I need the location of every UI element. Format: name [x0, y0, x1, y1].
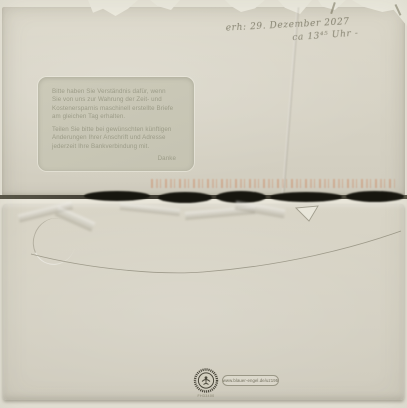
window-notice-line: Teilen Sie bitte bei gewünschten künftig…: [52, 126, 184, 134]
flap-seam-line: [31, 231, 401, 273]
window-notice-line: Bitte haben Sie Verständnis dafür, wenn: [52, 88, 184, 96]
postal-routing-imprint: [151, 179, 395, 188]
fold-dog-ear: [296, 206, 318, 221]
scan-gap-shadow-blob: [270, 192, 342, 202]
window-notice-line: Kostenersparnis maschinell erstellte Bri…: [52, 105, 184, 113]
window-notice-signoff: Danke: [52, 155, 184, 163]
envelope-back-flap-section: FH33400 www.blauer-engel.de/uz195: [3, 204, 404, 400]
scan-gap-shadow-blob: [84, 191, 150, 201]
eco-label-url-badge: www.blauer-engel.de/uz195: [222, 375, 279, 386]
window-notice-line: jederzeit Ihre Bankverbindung mit.: [52, 143, 184, 151]
window-notice-line: am gleichen Tag erhalten.: [52, 113, 184, 121]
window-notice-line: Änderungen Ihrer Anschrift und Adresse: [52, 134, 184, 142]
scan-gap-shadow-blob: [158, 192, 212, 203]
eco-label-code: FH33400: [189, 394, 223, 398]
blauer-engel-logo-icon: [193, 368, 219, 394]
window-notice-line: Sie von uns zur Wahrung der Zeit- und: [52, 96, 184, 104]
address-window: Bitte haben Sie Verständnis dafür, wenn …: [38, 77, 194, 171]
eco-label-url: www.blauer-engel.de/uz195: [223, 378, 279, 383]
scan-gap-shadow-blob: [346, 191, 404, 202]
envelope-scan: erh: 29. Dezember 2027 ca 13⁴⁵ Uhr - Bit…: [0, 0, 407, 408]
